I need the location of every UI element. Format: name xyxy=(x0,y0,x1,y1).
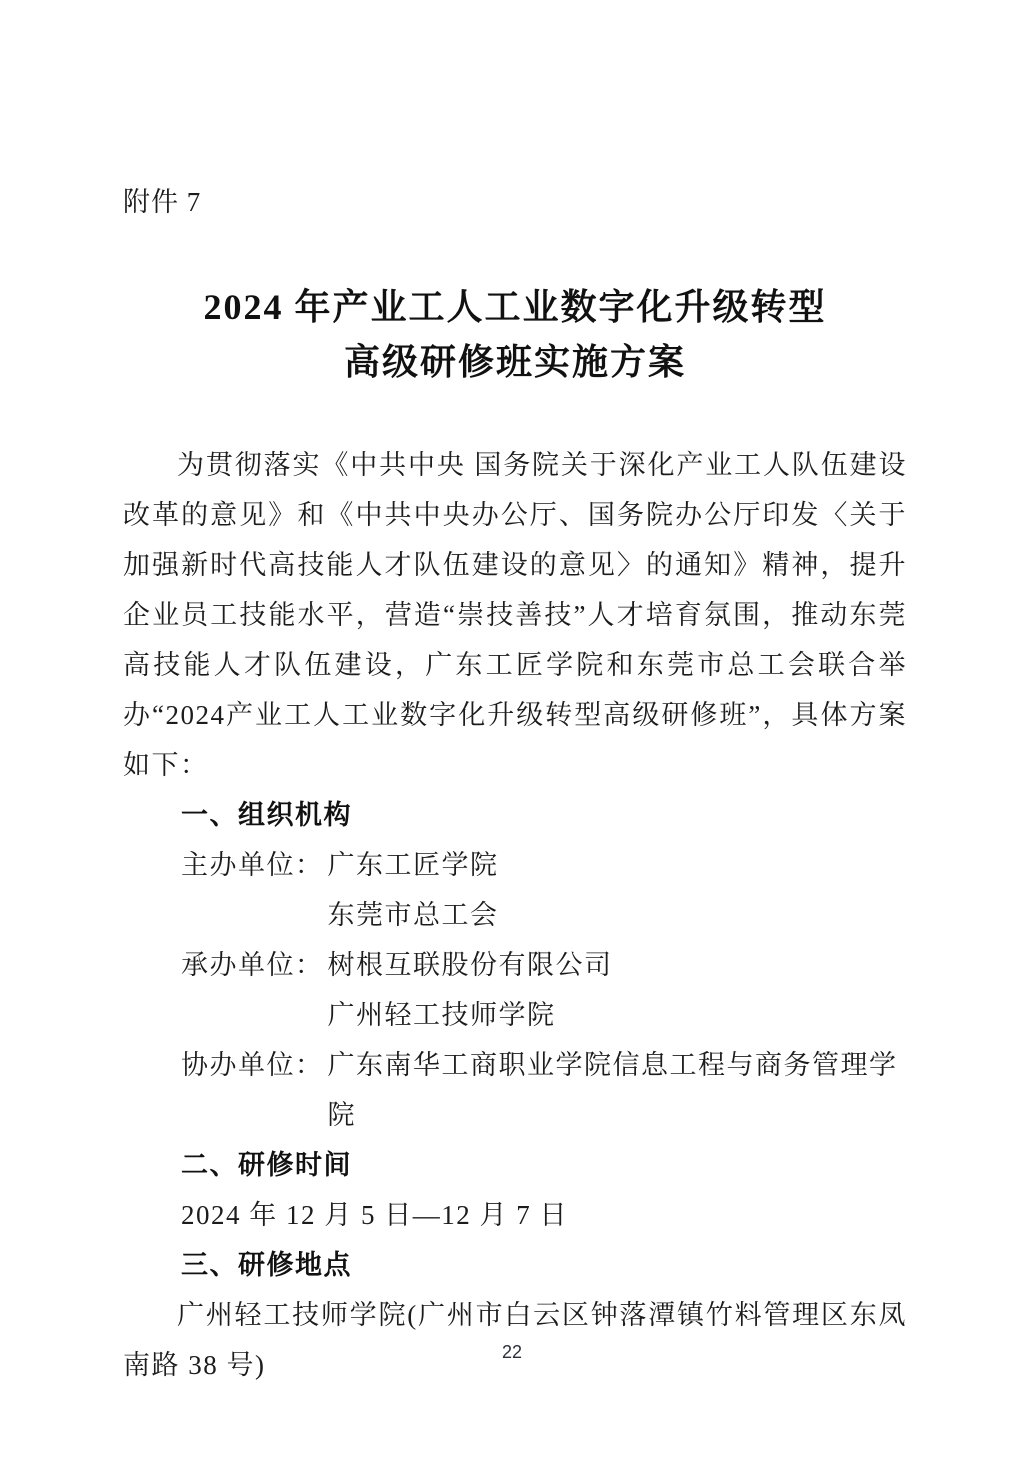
org-row-co-organizer: 协办单位： 广东南华工商职业学院信息工程与商务管理学院 xyxy=(123,1040,907,1140)
org-row-value: 广东南华工商职业学院信息工程与商务管理学院 xyxy=(328,1040,908,1140)
section-heading-organization: 一、组织机构 xyxy=(123,790,907,840)
org-row-values: 广东南华工商职业学院信息工程与商务管理学院 xyxy=(328,1040,908,1140)
org-row-value: 东莞市总工会 xyxy=(328,890,908,940)
document-title-line-2: 高级研修班实施方案 xyxy=(123,335,907,390)
org-row-label: 协办单位： xyxy=(181,1040,324,1140)
org-row-value: 树根互联股份有限公司 xyxy=(328,940,908,990)
section-heading-time: 二、研修时间 xyxy=(123,1140,907,1190)
org-row-value: 广州轻工技师学院 xyxy=(328,990,908,1040)
document-title: 2024 年产业工人工业数字化升级转型 高级研修班实施方案 xyxy=(123,280,907,390)
attachment-label: 附件 7 xyxy=(123,186,907,218)
document-content: 附件 7 2024 年产业工人工业数字化升级转型 高级研修班实施方案 为贯彻落实… xyxy=(123,0,907,1390)
org-row-value: 广东工匠学院 xyxy=(328,840,908,890)
org-row-values: 广东工匠学院 东莞市总工会 xyxy=(328,840,908,940)
page-number: 22 xyxy=(0,1340,1024,1364)
training-dates: 2024 年 12 月 5 日—12 月 7 日 xyxy=(123,1190,907,1240)
org-row-label: 承办单位： xyxy=(181,940,324,1040)
intro-paragraph: 为贯彻落实《中共中央 国务院关于深化产业工人队伍建设改革的意见》和《中共中央办公… xyxy=(123,440,907,790)
org-row-values: 树根互联股份有限公司 广州轻工技师学院 xyxy=(328,940,908,1040)
org-row-organizer: 承办单位： 树根互联股份有限公司 广州轻工技师学院 xyxy=(123,940,907,1040)
section-heading-location: 三、研修地点 xyxy=(123,1240,907,1290)
document-title-line-1: 2024 年产业工人工业数字化升级转型 xyxy=(123,280,907,335)
org-row-label: 主办单位： xyxy=(181,840,324,940)
document-page: 附件 7 2024 年产业工人工业数字化升级转型 高级研修班实施方案 为贯彻落实… xyxy=(0,0,1024,1458)
org-row-host: 主办单位： 广东工匠学院 东莞市总工会 xyxy=(123,840,907,940)
